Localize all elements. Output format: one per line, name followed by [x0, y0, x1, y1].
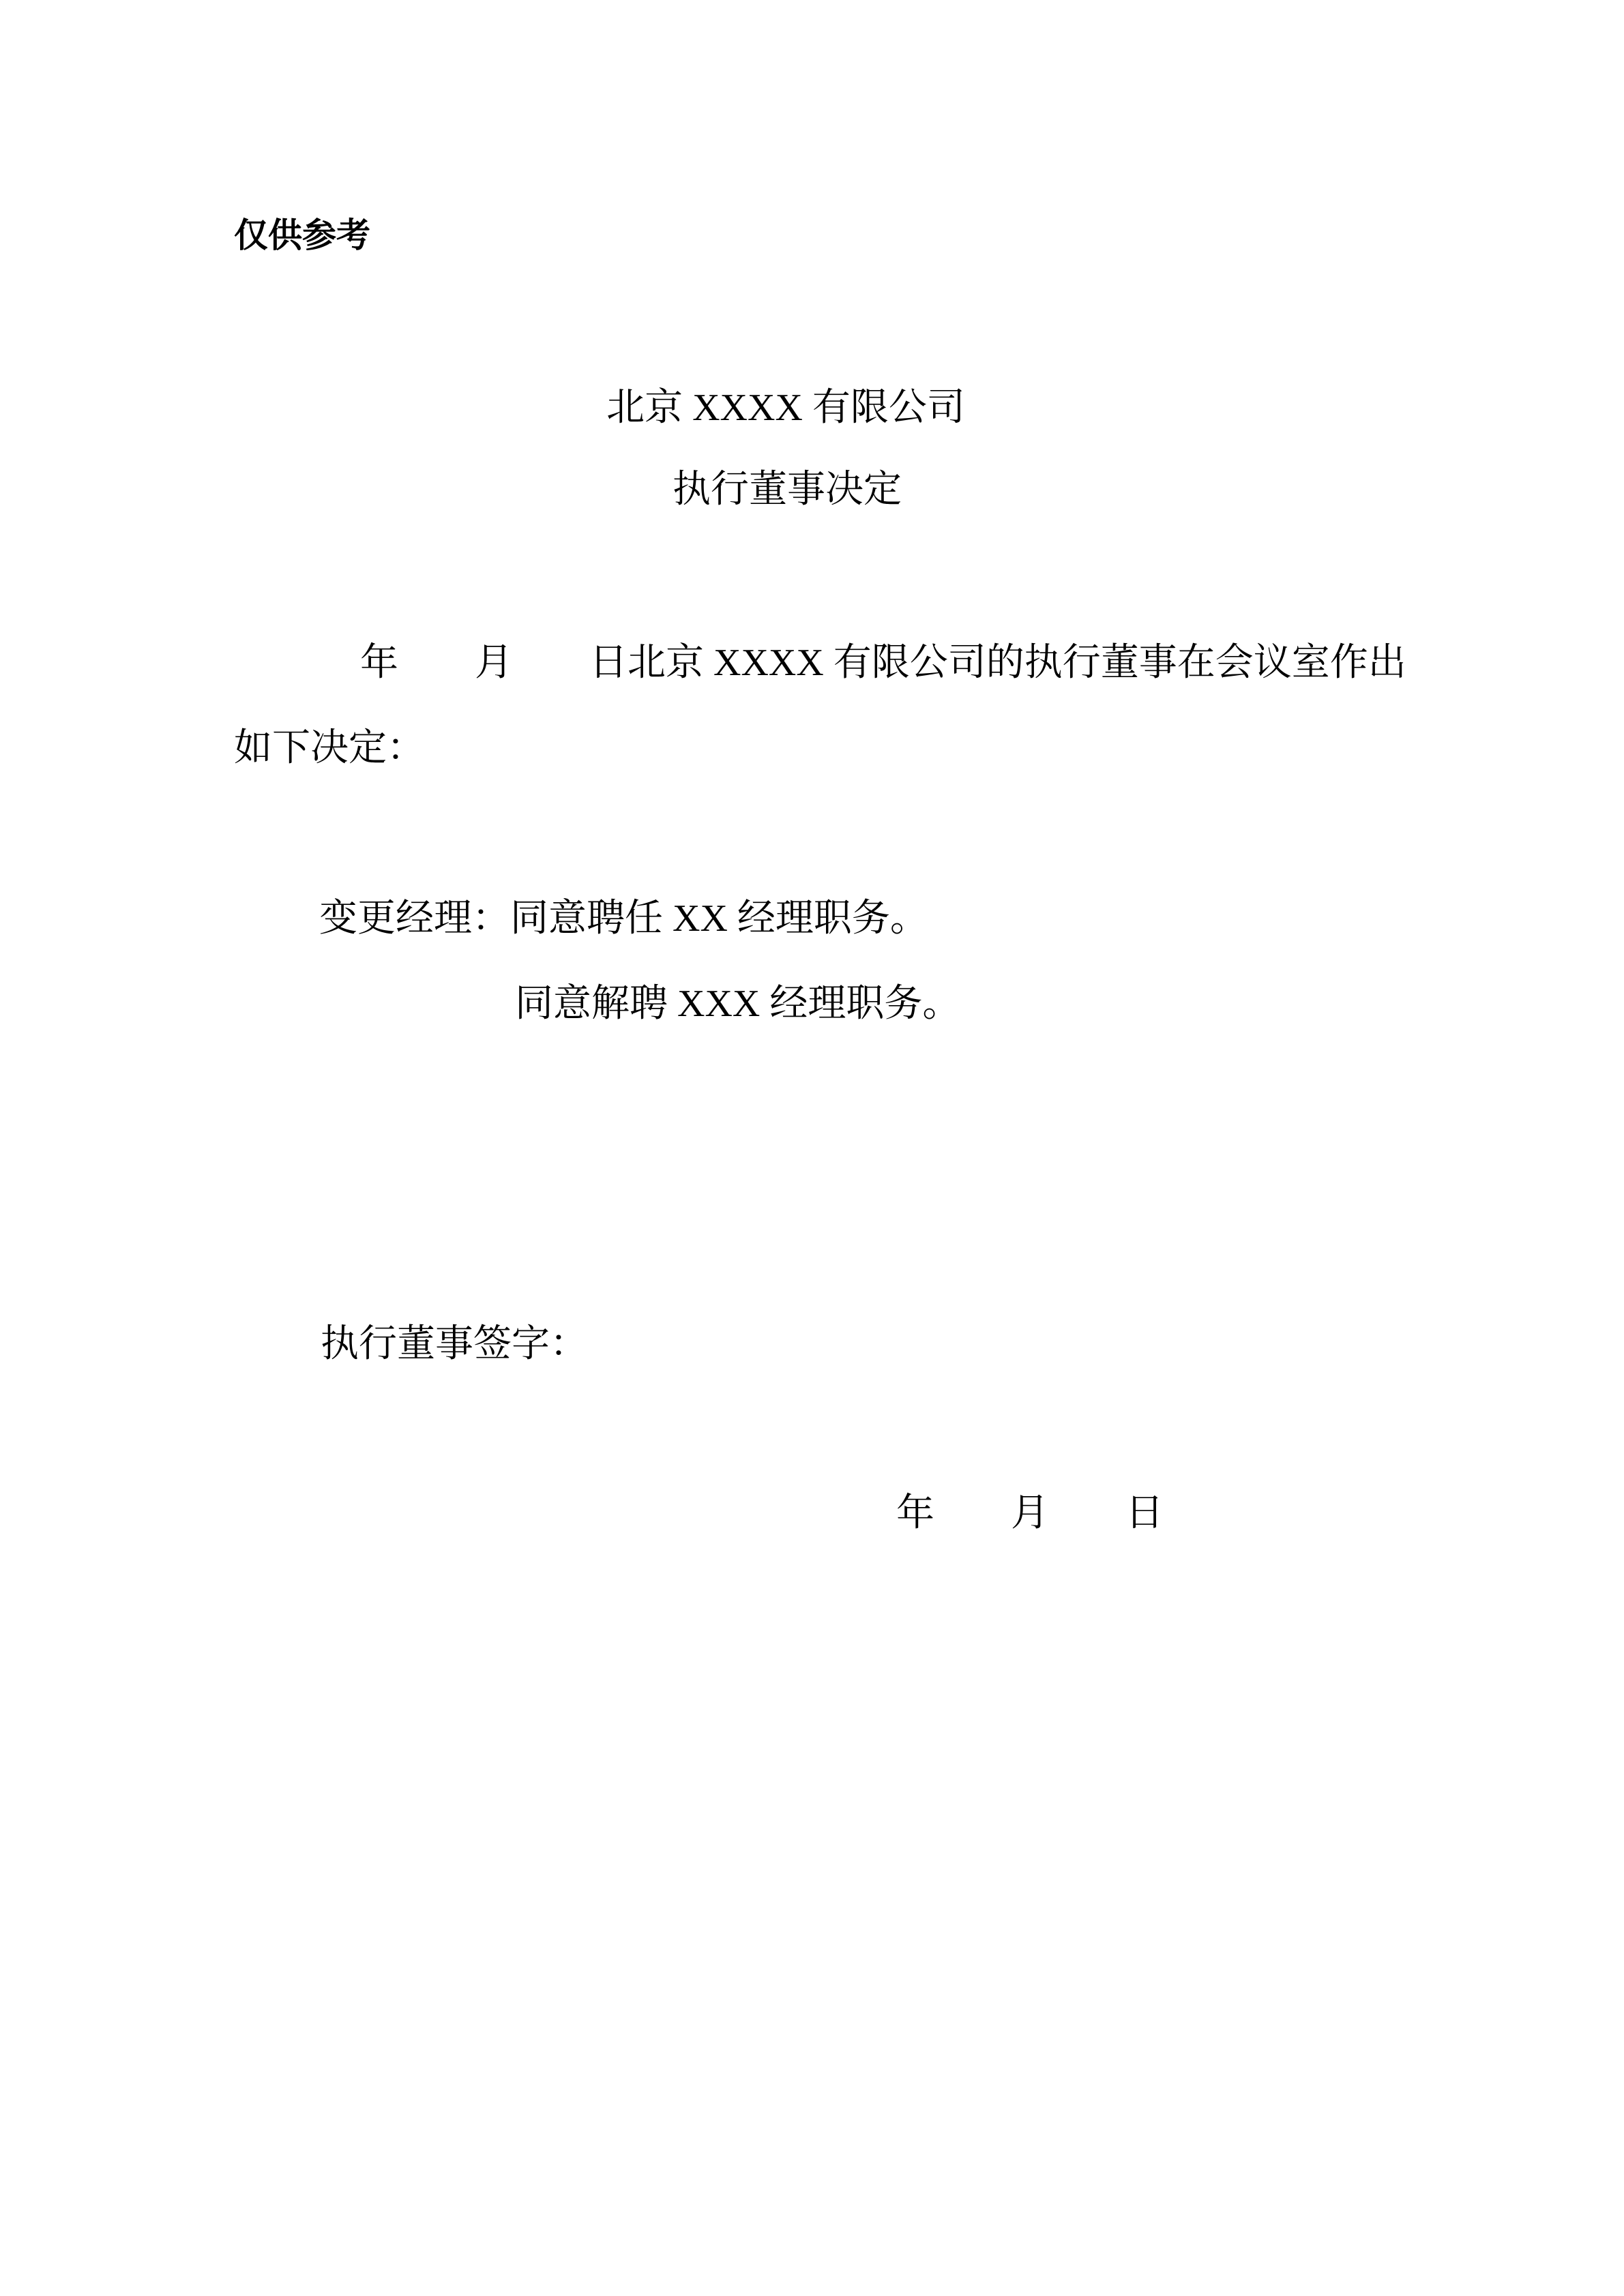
opening-paragraph-line1: 年 月 日北京 XXXX 有限公司的执行董事在会议室作出 [360, 644, 1406, 682]
signature-date-line: 年 月 日 [896, 1494, 1164, 1532]
decision-item-line2: 同意解聘 XXX 经理职务。 [515, 985, 960, 1023]
signature-label: 执行董事签字： [321, 1325, 588, 1363]
decision-item-line1: 变更经理：同意聘任 XX 经理职务。 [319, 899, 928, 938]
company-title: 北京 XXXX 有限公司 [606, 389, 965, 427]
document-title: 执行董事决定 [673, 471, 902, 509]
reference-watermark: 仅供参考 [234, 218, 370, 252]
opening-paragraph-line2: 如下决定： [234, 729, 425, 767]
document-page: 仅供参考 北京 XXXX 有限公司 执行董事决定 年 月 日北京 XXXX 有限… [0, 0, 1624, 2296]
